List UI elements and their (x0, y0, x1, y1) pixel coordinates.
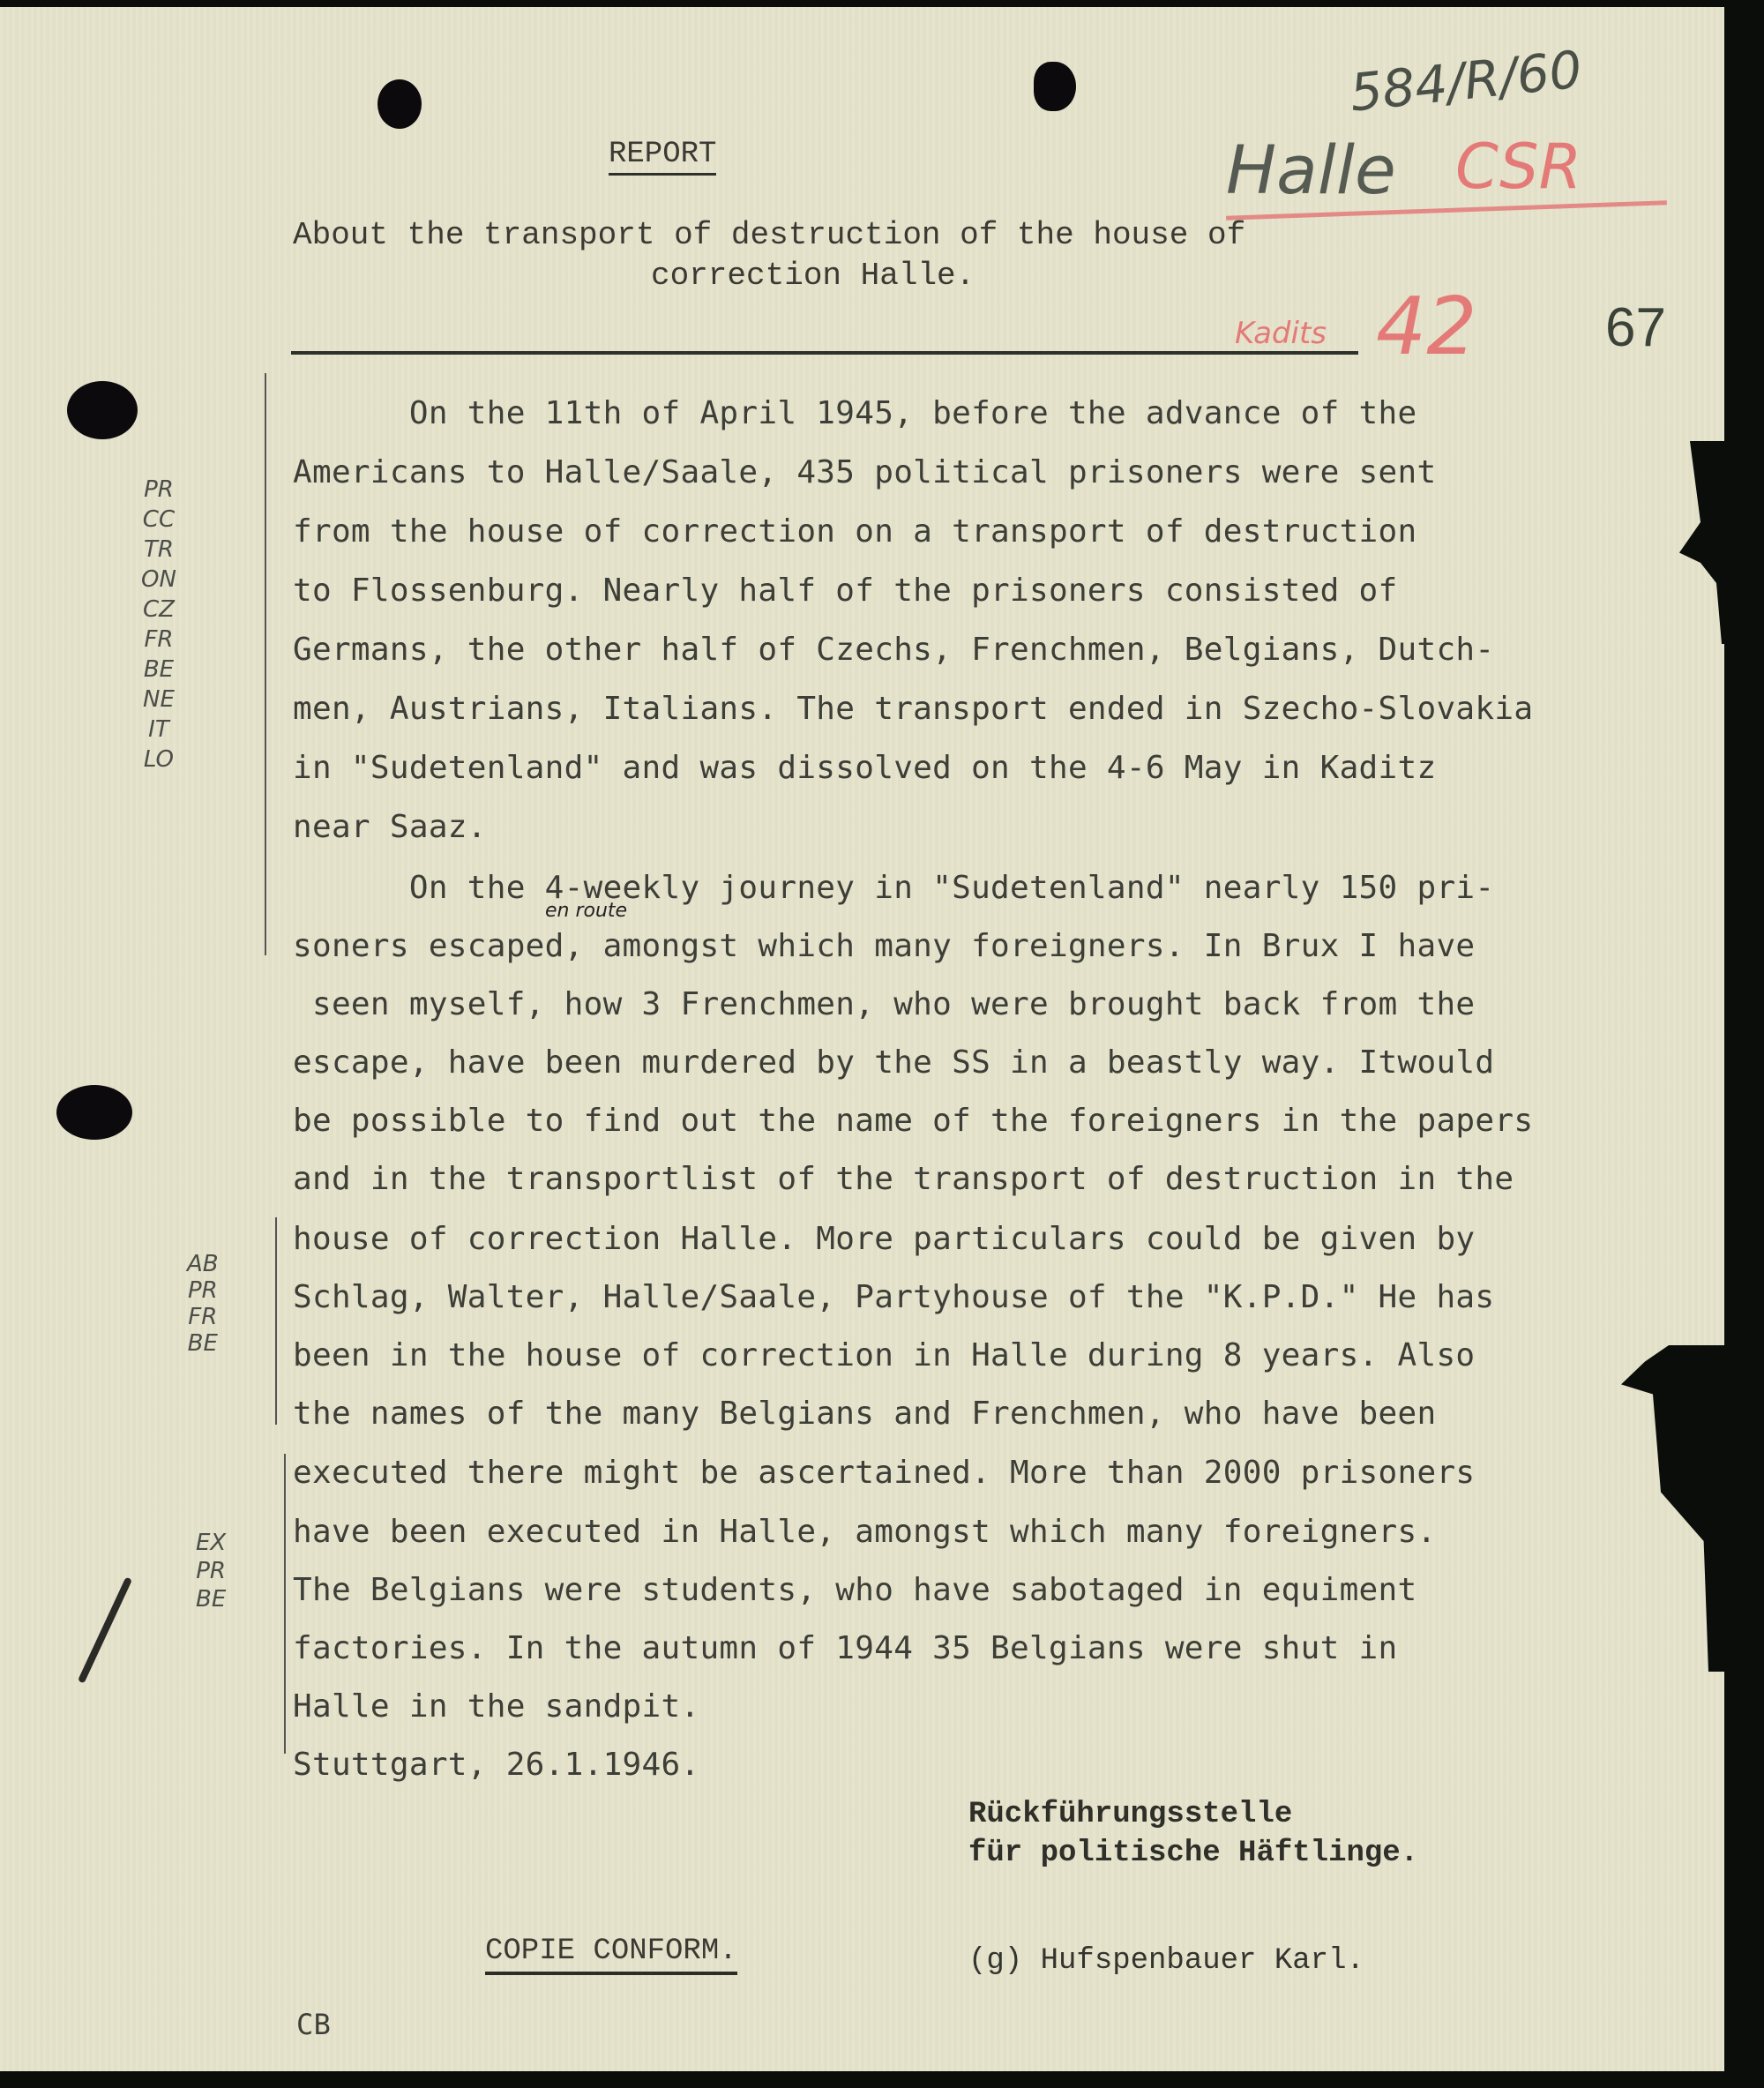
body-line: Germans, the other half of Czechs, Frenc… (293, 632, 1494, 668)
document-title: REPORT (609, 138, 716, 176)
margin-bracket (275, 1217, 277, 1425)
body-line: men, Austrians, Italians. The transport … (293, 691, 1533, 727)
margin-note: PR (141, 475, 176, 505)
margin-note: BE (187, 1330, 219, 1357)
margin-bracket (265, 373, 266, 955)
margin-note: EX (196, 1529, 226, 1557)
body-line: factories. In the autumn of 1944 35 Belg… (293, 1630, 1398, 1666)
margin-note: IT (141, 715, 176, 745)
body-line: On the 4-weekly journey in "Sudetenland"… (293, 870, 1494, 906)
punch-hole (56, 1085, 132, 1140)
punch-hole (1034, 62, 1076, 111)
body-line: be possible to find out the name of the … (293, 1103, 1533, 1139)
body-line: been in the house of correction in Halle… (293, 1337, 1475, 1373)
margin-note: AB (187, 1251, 219, 1277)
body-line: escape, have been murdered by the SS in … (293, 1044, 1494, 1081)
body-line: On the 11th of April 1945, before the ad… (293, 395, 1416, 431)
margin-note: BE (196, 1585, 226, 1613)
page-number: 67 (1605, 296, 1666, 359)
copie-conform-label: COPIE CONFORM. (485, 1935, 737, 1975)
body-line: Schlag, Walter, Halle/Saale, Partyhouse … (293, 1279, 1494, 1315)
punch-hole (377, 79, 422, 129)
body-line: Americans to Halle/Saale, 435 political … (293, 454, 1436, 490)
margin-note: TR (141, 535, 176, 565)
margin-note: BE (141, 655, 176, 685)
body-line: and in the transportlist of the transpor… (293, 1161, 1514, 1197)
interlinear-note: en route (545, 900, 627, 922)
punch-hole (67, 381, 138, 439)
document-subtitle-line1: About the transport of destruction of th… (293, 217, 1245, 253)
body-line: house of correction Halle. More particul… (293, 1221, 1475, 1257)
body-line: from the house of correction on a transp… (293, 513, 1416, 550)
margin-note: PR (196, 1557, 226, 1585)
body-line: to Flossenburg. Nearly half of the priso… (293, 573, 1398, 609)
org-line-1: Rückführungsstelle (968, 1798, 1292, 1831)
body-line: have been executed in Halle, amongst whi… (293, 1514, 1436, 1550)
scan-border (0, 2071, 1764, 2088)
document-page: 584/R/60 Halle CSR Kadits 42 67 REPORT A… (0, 7, 1724, 2071)
document-subtitle-line2: correction Halle. (651, 258, 975, 294)
margin-notes-middle: AB PR FR BE (187, 1251, 219, 1357)
margin-note: FR (141, 625, 176, 655)
body-line: executed there might be ascertained. Mor… (293, 1455, 1475, 1491)
signatory: (g) Hufspenbauer Karl. (968, 1944, 1364, 1978)
margin-note: CC (141, 505, 176, 535)
body-line: Halle in the sandpit. (293, 1688, 699, 1725)
date-line: Stuttgart, 26.1.1946. (293, 1747, 699, 1783)
margin-notes-bottom: EX PR BE (196, 1529, 226, 1613)
margin-bracket (284, 1454, 286, 1754)
body-line: in "Sudetenland" and was dissolved on th… (293, 750, 1436, 786)
title-rule (291, 351, 1358, 355)
red-mark-kadit: Kadits (1235, 316, 1327, 351)
margin-note: LO (141, 745, 176, 775)
red-mark-top: CSR (1455, 131, 1581, 203)
margin-note: ON (141, 565, 176, 595)
initials: CB (296, 2008, 331, 2041)
body-line: The Belgians were students, who have sab… (293, 1572, 1416, 1608)
margin-note: FR (187, 1304, 219, 1330)
margin-note: PR (187, 1277, 219, 1304)
red-number: 42 (1376, 281, 1477, 373)
margin-notes-top: PR CC TR ON CZ FR BE NE IT LO (141, 475, 176, 775)
place-handwritten-note: Halle (1226, 131, 1396, 209)
body-line: the names of the many Belgians and Frenc… (293, 1396, 1436, 1432)
body-line: soners escaped, amongst which many forei… (293, 928, 1475, 964)
body-line: near Saaz. (293, 809, 487, 845)
body-line: seen myself, how 3 Frenchmen, who were b… (293, 986, 1475, 1022)
margin-note: NE (141, 685, 176, 715)
file-reference-note: 584/R/60 (1347, 39, 1585, 123)
tick-mark-icon (78, 1576, 132, 1683)
margin-note: CZ (141, 595, 176, 625)
org-line-2: für politische Häftlinge. (968, 1837, 1418, 1870)
